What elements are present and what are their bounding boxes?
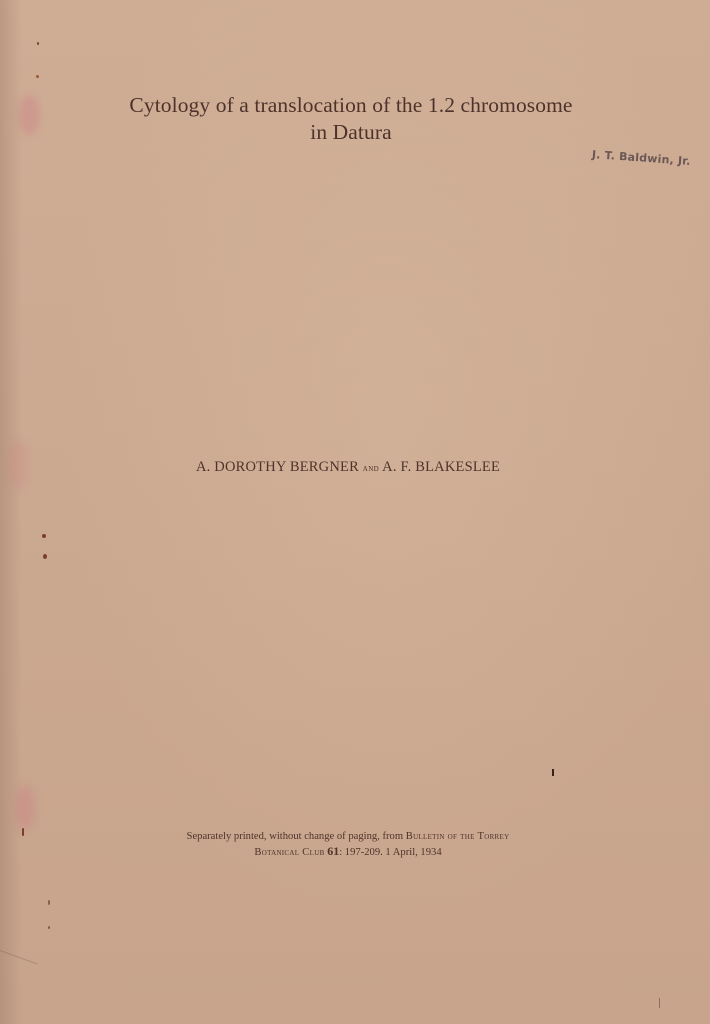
ink-mark [552,769,554,776]
title-line-1: Cytology of a translocation of the 1.2 c… [0,92,702,119]
citation-line-1: Separately printed, without change of pa… [0,829,696,844]
binding-edge-shadow [0,0,22,1024]
speck [48,900,50,905]
journal-name-part-2: Botanical Club [254,847,324,858]
document-cover-page: Cytology of a translocation of the 1.2 c… [0,0,710,1024]
citation-prefix: Separately printed, without change of pa… [187,831,406,842]
pages-and-date: : 197-209. 1 April, 1934 [339,847,441,858]
speck [48,926,50,929]
speck [37,42,39,45]
reprint-citation: Separately printed, without change of pa… [0,829,696,860]
author-2: A. F. BLAKESLEE [382,459,500,475]
speck [36,75,39,78]
owner-stamp: J. T. Baldwin, Jr. [592,148,692,168]
speck [43,554,47,559]
author-conjunction: and [363,463,379,474]
pink-stain [15,785,35,830]
citation-line-2: Botanical Club 61: 197-209. 1 April, 193… [0,844,696,860]
authors-line: A. DOROTHY BERGNER and A. F. BLAKESLEE [0,459,696,476]
volume-number: 61 [327,844,339,858]
paper-title: Cytology of a translocation of the 1.2 c… [0,92,702,146]
ink-mark [659,998,660,1008]
journal-name-part-1: Bulletin of the Torrey [406,831,510,842]
speck [42,534,46,538]
author-1: A. DOROTHY BERGNER [196,459,359,475]
title-line-2: in Datura [0,119,702,146]
